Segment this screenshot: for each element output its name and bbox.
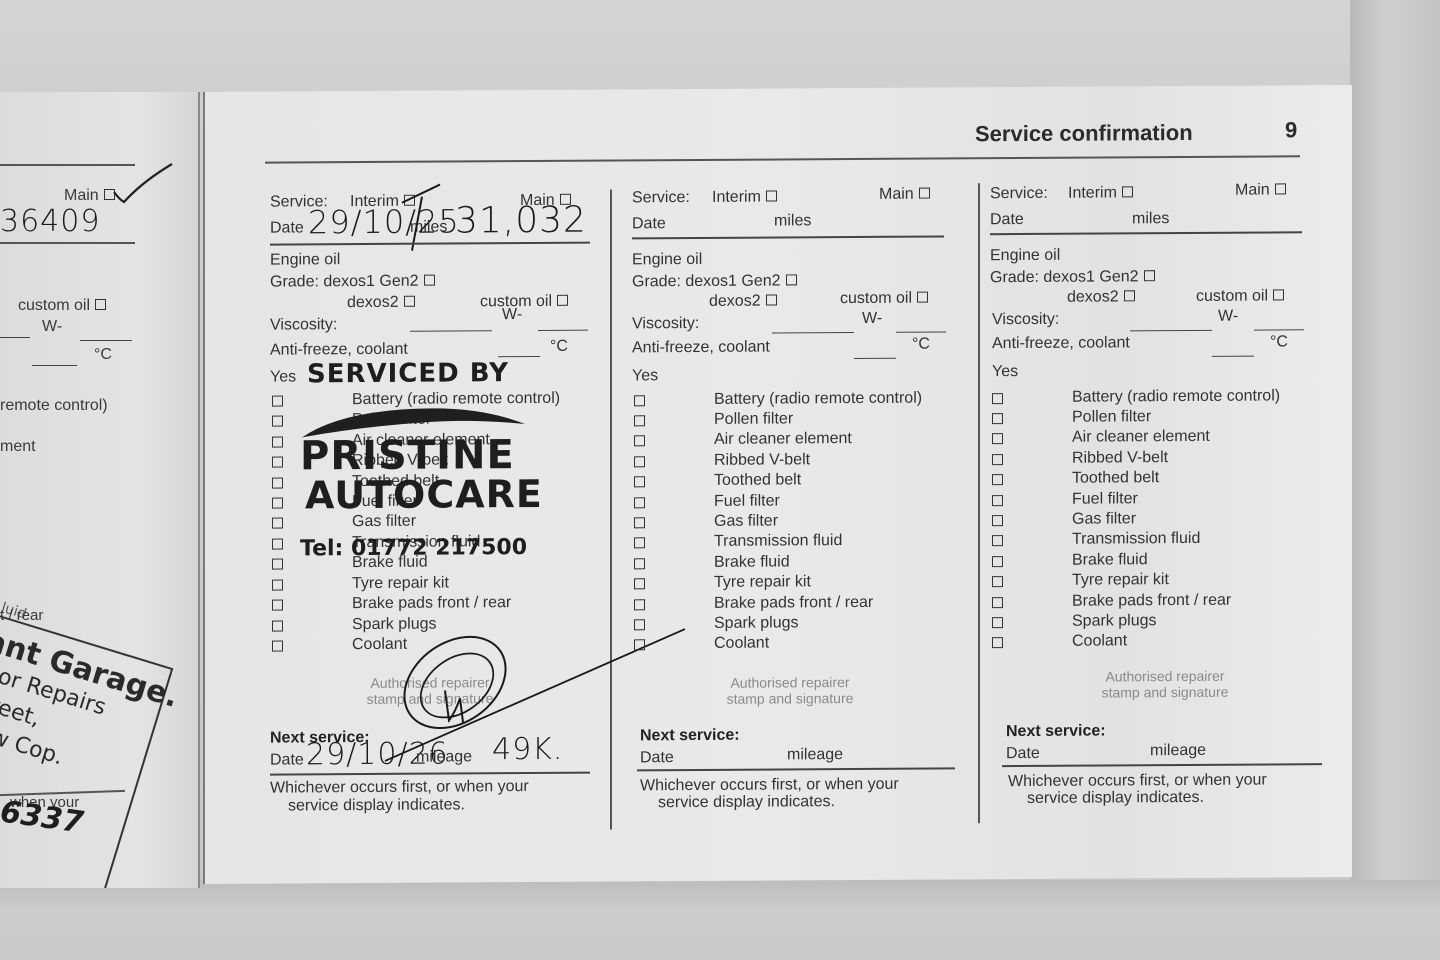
yes-label: Yes — [632, 367, 658, 385]
title-rule — [265, 155, 1300, 163]
whichever-note: Whichever occurs first, or when your — [640, 776, 899, 796]
main-checkbox[interactable]: Main — [879, 186, 930, 204]
stamp-phone: Tel: 01772 217500 — [300, 535, 527, 561]
stamp-signature-label: stamp and signature — [700, 690, 880, 707]
service-label: Service: — [632, 189, 690, 207]
viscosity-blank[interactable] — [1130, 330, 1212, 332]
dexos2-checkbox[interactable]: dexos2 — [347, 294, 415, 312]
viscosity-label: Viscosity: — [992, 311, 1059, 329]
background-surface — [1350, 0, 1440, 960]
next-service-label: Next service: — [1006, 722, 1106, 741]
previous-page: Main 36409 custom oil W- °C remote contr… — [0, 92, 200, 888]
row-rule — [632, 235, 944, 238]
whichever-note: service display indicates. — [1027, 789, 1204, 808]
grade-dexos1-checkbox[interactable]: Grade: dexos1 Gen2 — [990, 268, 1155, 287]
antifreeze-label: Anti-freeze, coolant — [632, 339, 770, 358]
dexos2-checkbox[interactable]: dexos2 — [709, 292, 777, 310]
degree-c-label: °C — [1270, 333, 1288, 351]
handwritten-next-mileage: 49K. — [492, 732, 563, 767]
service-entry-3: Service: Interim Main Date miles Engine … — [990, 181, 1320, 833]
w-label: W- — [862, 310, 882, 328]
service-entry-1: Service: Interim Main Date miles 29/10/2… — [270, 190, 600, 842]
row-rule — [1002, 763, 1322, 766]
checklist-fragment: t / rear — [0, 607, 43, 624]
page-number: 9 — [1285, 117, 1297, 143]
viscosity-label: Viscosity: — [270, 316, 337, 334]
main-checkbox[interactable]: Main — [1235, 181, 1286, 199]
authorised-repairer-label: Authorised repairer — [700, 674, 880, 691]
custom-oil-checkbox[interactable]: custom oil — [480, 293, 568, 312]
viscosity-label: Viscosity: — [632, 315, 699, 333]
yes-label: Yes — [992, 363, 1018, 381]
antifreeze-blank[interactable] — [1212, 356, 1254, 357]
dexos2-checkbox[interactable]: dexos2 — [1067, 288, 1135, 306]
stamp-signature-label: stamp and signature — [1075, 684, 1255, 701]
degree-c-label: °C — [550, 338, 568, 356]
next-date-label: Date — [1006, 745, 1040, 763]
interim-checkbox[interactable]: Interim — [1068, 184, 1133, 202]
checklist-fragment: remote control) — [0, 397, 108, 415]
grade-dexos1-checkbox[interactable]: Grade: dexos1 Gen2 — [270, 273, 435, 292]
viscosity-w-label: W- — [42, 318, 62, 336]
viscosity-blank[interactable] — [896, 331, 946, 332]
next-mileage-label: mileage — [1150, 742, 1206, 760]
background-table — [0, 880, 1440, 960]
custom-oil-checkbox[interactable]: custom oil — [840, 290, 928, 309]
degree-c-label: °C — [94, 346, 112, 364]
viscosity-blank[interactable] — [410, 330, 492, 332]
engine-oil-label: Engine oil — [632, 251, 702, 269]
grade-dexos1-checkbox[interactable]: Grade: dexos1 Gen2 — [632, 272, 797, 291]
next-date-label: Date — [270, 751, 304, 769]
blank-line — [0, 337, 30, 338]
interim-checkbox[interactable]: Interim — [712, 188, 777, 206]
row-rule — [990, 231, 1302, 234]
blank-line — [32, 365, 77, 366]
date-label: Date — [270, 219, 304, 237]
next-service-label: Next service: — [640, 727, 740, 746]
custom-oil-label: custom oil — [18, 297, 106, 315]
engine-oil-label: Engine oil — [270, 251, 340, 269]
authorised-repairer-label: Authorised repairer — [1075, 668, 1255, 685]
next-mileage-label: mileage — [416, 748, 472, 766]
w-label: W- — [1218, 308, 1238, 326]
whichever-note: Whichever occurs first, or when your — [1008, 772, 1267, 792]
handwritten-mileage: 36409 — [0, 204, 100, 239]
whichever-note: service display indicates. — [658, 793, 835, 812]
yes-label: Yes — [270, 368, 296, 386]
service-confirmation-page: Service confirmation 9 Service: Interim … — [203, 85, 1352, 884]
antifreeze-blank[interactable] — [854, 358, 896, 359]
viscosity-blank[interactable] — [1254, 329, 1304, 330]
tick-mark-icon — [112, 162, 182, 212]
next-date-label: Date — [640, 749, 674, 767]
stamp-autocare: AUTOCARE — [305, 472, 543, 517]
miles-label: miles — [1132, 210, 1169, 228]
blank-line — [80, 340, 132, 341]
stamp-serviced-by: SERVICED BY — [307, 358, 509, 389]
main-label: Main — [64, 187, 115, 205]
whichever-note: Whichever occurs first, or when your — [270, 778, 529, 798]
antifreeze-blank[interactable] — [498, 356, 540, 357]
tick-mark-icon — [390, 180, 480, 261]
checklist-fragment: ment — [0, 438, 36, 456]
column-divider — [978, 183, 980, 823]
date-label: Date — [990, 211, 1024, 229]
whichever-note: service display indicates. — [288, 796, 465, 815]
row-rule — [637, 767, 955, 770]
service-label: Service: — [990, 185, 1048, 203]
degree-c-label: °C — [912, 336, 930, 354]
viscosity-blank[interactable] — [772, 332, 854, 334]
viscosity-blank[interactable] — [538, 330, 588, 331]
service-entry-2: Service: Interim Main Date miles Engine … — [632, 185, 962, 837]
date-label: Date — [632, 215, 666, 233]
custom-oil-checkbox[interactable]: custom oil — [1196, 287, 1284, 306]
rule — [0, 242, 135, 244]
garage-rubber-stamp: luid ant Garage. otor Repairs Street, Mo… — [0, 597, 173, 888]
antifreeze-label: Anti-freeze, coolant — [992, 334, 1130, 353]
antifreeze-label: Anti-freeze, coolant — [270, 341, 408, 360]
next-mileage-label: mileage — [787, 746, 843, 764]
w-label: W- — [502, 306, 522, 324]
miles-label: miles — [774, 212, 811, 230]
page-title: Service confirmation — [975, 120, 1193, 147]
engine-oil-label: Engine oil — [990, 247, 1060, 265]
